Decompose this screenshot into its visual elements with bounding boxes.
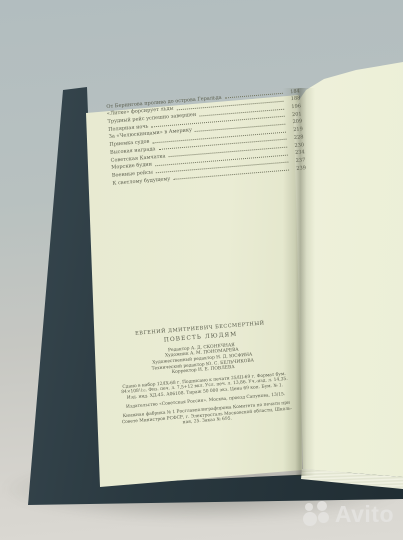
toc-page-number: 228 [289,134,303,141]
toc-page-number: 188 [286,96,300,103]
book-photo: От Берингова пролива до острова Геральда… [0,0,403,540]
toc-page-number: 201 [287,111,301,118]
logo-dot [305,503,313,511]
toc-page-number: 237 [291,157,305,164]
avito-watermark: Avito [303,501,394,527]
toc-page-number: 239 [292,165,306,172]
colophon: ЕВГЕНИЙ ДМИТРИЕВИЧ БЕССМЕРТНЫЙ ПОВЕСТЬ Л… [96,317,311,431]
table-of-contents: От Берингова пролива до острова Геральда… [106,86,306,186]
logo-dot [318,512,329,523]
logo-dot [303,512,317,526]
logo-dot [317,501,327,511]
toc-page-number: 184 [286,88,300,95]
toc-page-number: 230 [290,142,304,149]
avito-logo-icon [303,501,330,527]
toc-page-number: 219 [289,126,303,133]
toc-page-number: 234 [290,149,304,156]
toc-page-number: 209 [288,119,302,126]
toc-page-number: 196 [287,103,301,110]
avito-wordmark: Avito [335,501,394,527]
